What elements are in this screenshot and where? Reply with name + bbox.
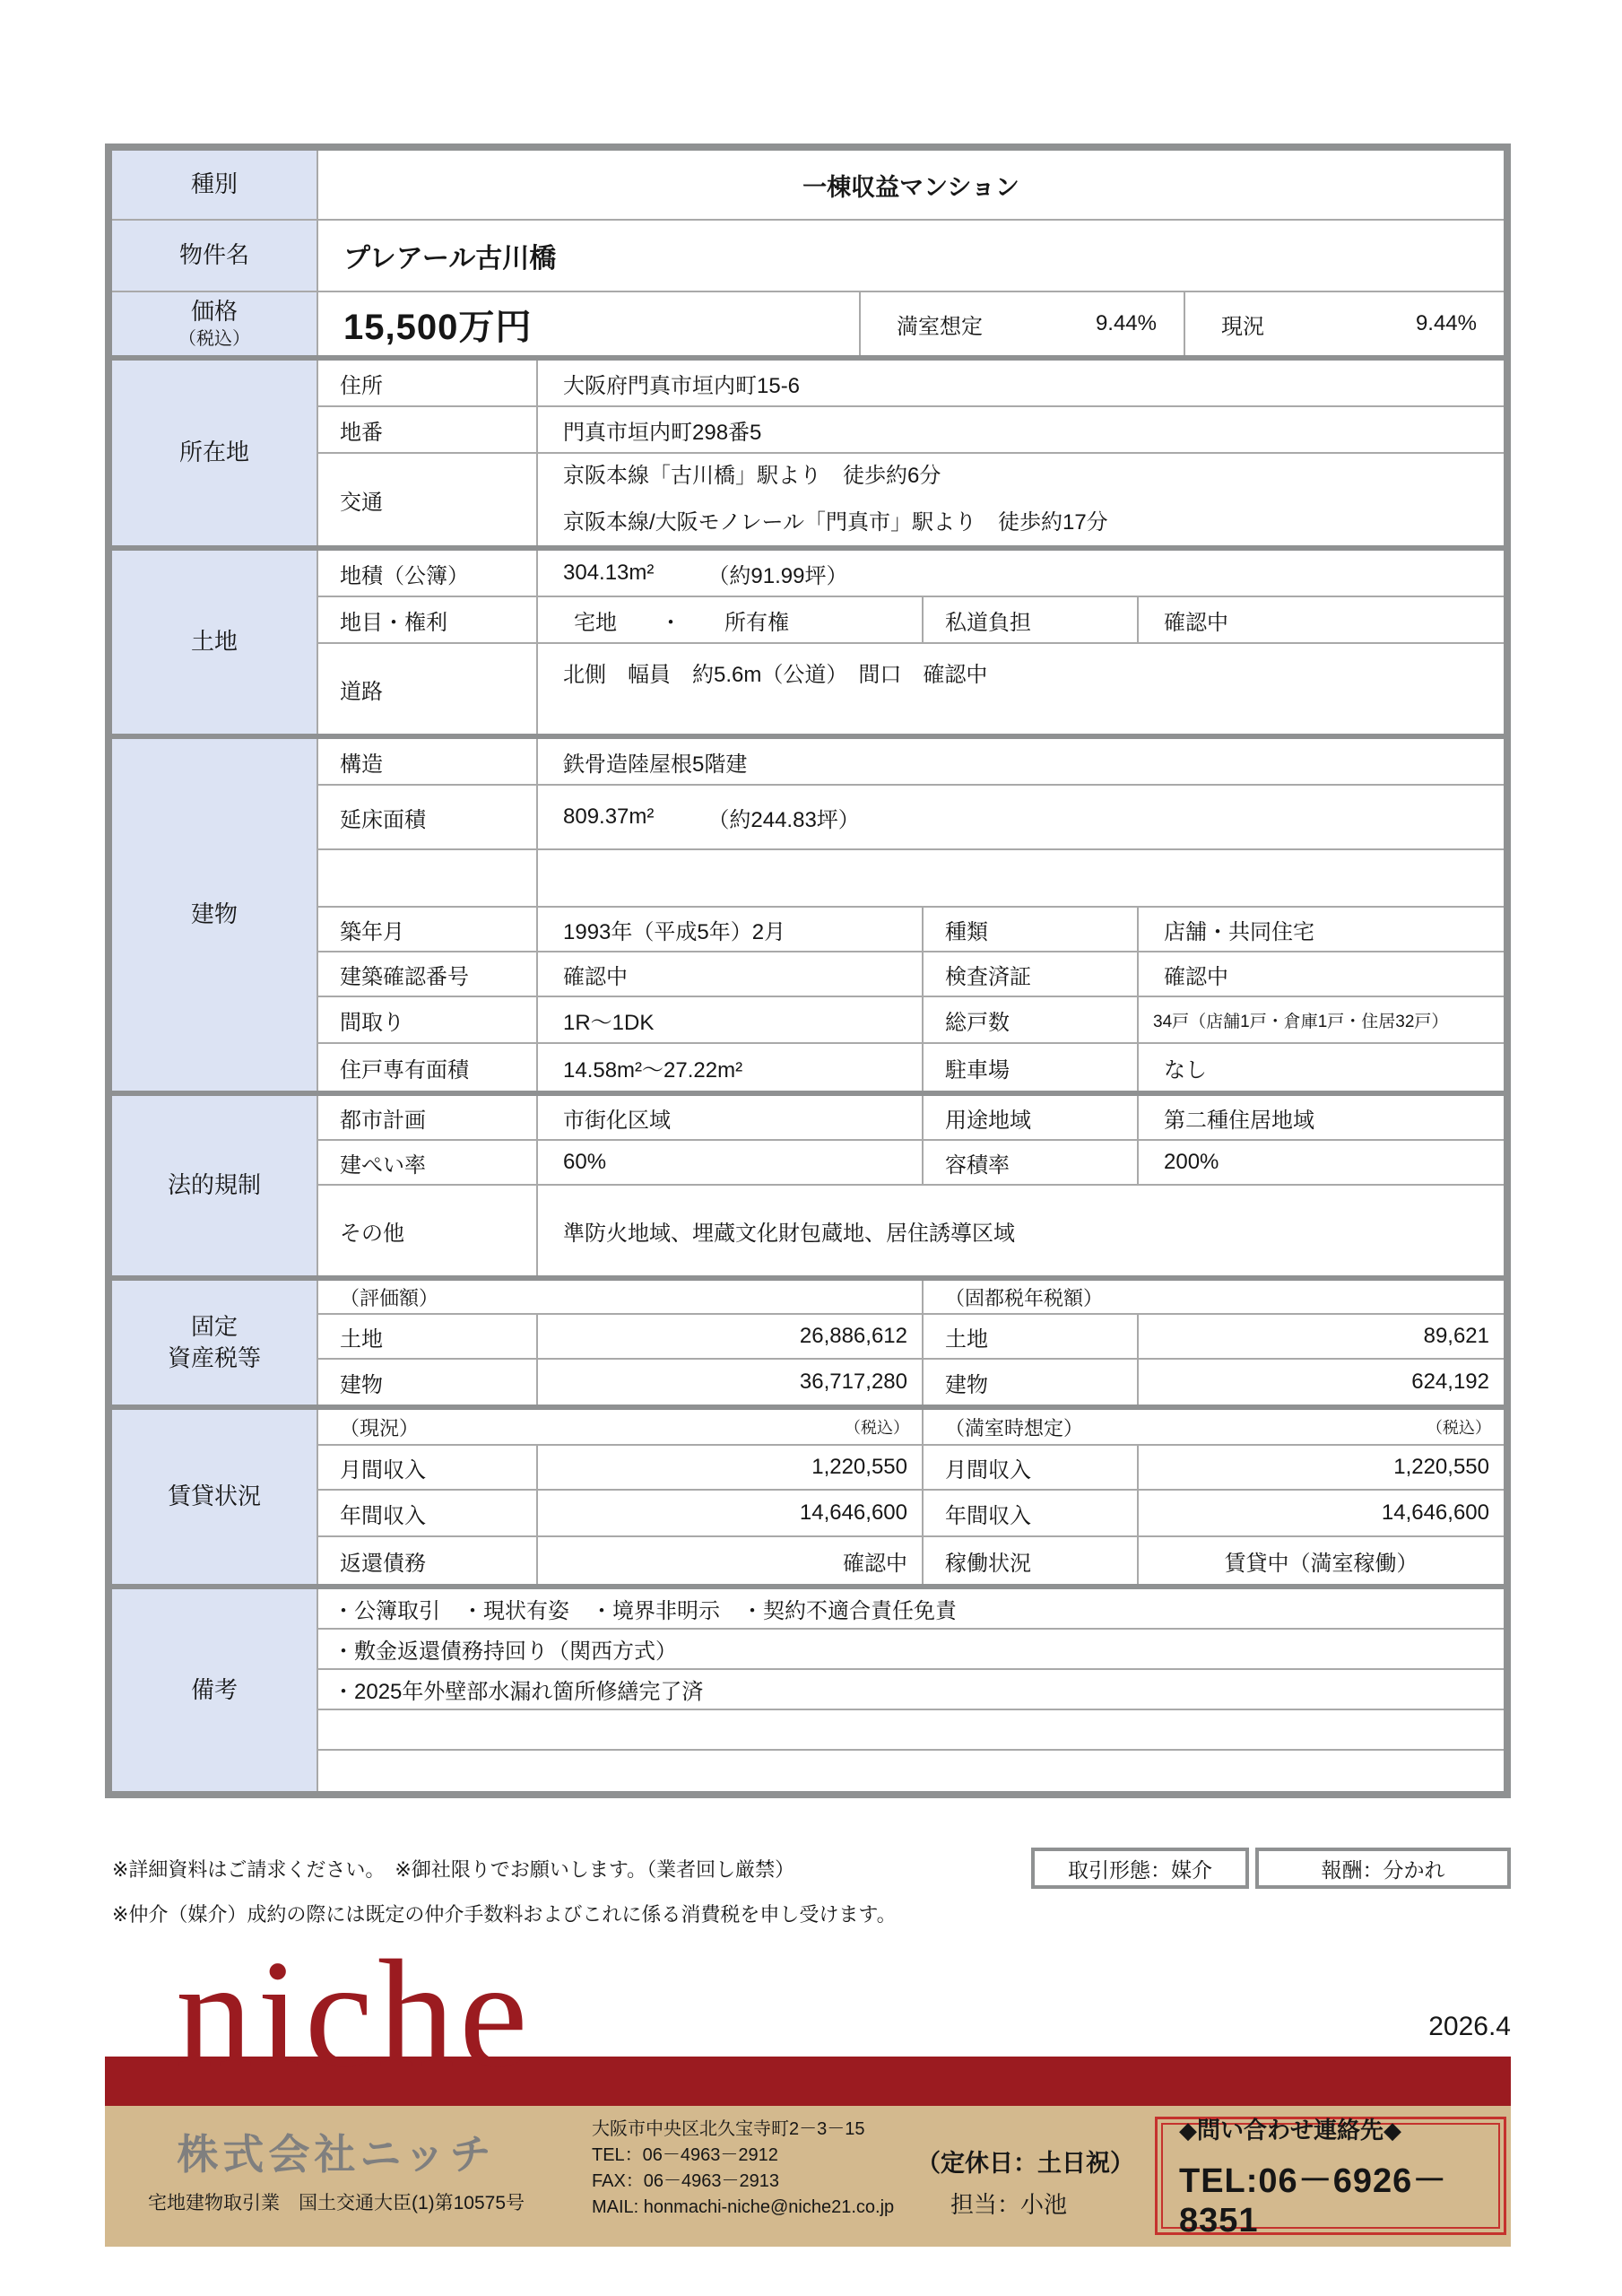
access-line1: 京阪本線「古川橋」駅より 徒歩約6分	[563, 454, 941, 500]
rent-current-header: （現況）	[340, 1413, 419, 1441]
units-label: 総戸数	[924, 997, 1139, 1042]
land-label: 土地	[112, 551, 318, 734]
yield-current-value: 9.44%	[1416, 311, 1477, 336]
unit-area-label: 住戸専有面積	[318, 1044, 538, 1091]
row-floor-area: 延床面積 809.37m² （約244.83坪）	[318, 786, 1504, 850]
section-location: 所在地 住所 大阪府門真市垣内町15-6 地番 門真市垣内町298番5 交通 京…	[112, 361, 1504, 551]
row-price: 価格 （税込） 15,500万円 満室想定 9.44% 現況 9.44%	[112, 292, 1504, 355]
remark-line-1: ・公簿取引 ・現状有姿 ・境界非明示 ・契約不適合責任免責	[318, 1589, 1504, 1628]
row-road: 道路 北側 幅員 約5.6m（公道） 間口 確認中	[318, 644, 1504, 734]
row-city-plan: 都市計画 市街化区域 用途地域 第二種住居地域	[318, 1096, 1504, 1141]
row-tax-header: （評価額） （固都税年税額）	[318, 1281, 1504, 1315]
lot-number-value: 門真市垣内町298番5	[538, 407, 1504, 452]
row-monthly-income: 月間収入 1,220,550 月間収入 1,220,550	[318, 1446, 1504, 1491]
type-value: 一棟収益マンション	[318, 151, 1504, 219]
tax-label: 固定 資産税等	[112, 1281, 318, 1405]
parking-label: 駐車場	[924, 1044, 1139, 1091]
price-label-line2: （税込）	[178, 327, 250, 351]
access-value: 京阪本線「古川橋」駅より 徒歩約6分 京阪本線/大阪モノレール「門真市」駅より …	[538, 454, 1504, 545]
floor-area-label: 延床面積	[318, 786, 538, 848]
tax-eval-header: （評価額）	[318, 1281, 924, 1313]
yearly-income-full: 14,646,600	[1139, 1491, 1504, 1535]
confirm-number-value: 確認中	[538, 952, 924, 996]
occupancy-label: 稼働状況	[924, 1537, 1139, 1584]
row-tax-building: 建物 36,717,280 建物 624,192	[318, 1360, 1504, 1405]
row-remark-5	[318, 1751, 1504, 1791]
row-layout: 間取り 1R～1DK 総戸数 34戸（店舗1戸・倉庫1戸・住居32戸）	[318, 997, 1504, 1044]
inquiry-box-inner: ◆問い合わせ連絡先◆ TEL:06－6926－8351	[1161, 2123, 1500, 2229]
inspection-value: 確認中	[1139, 952, 1504, 996]
property-flyer-page: 種別 一棟収益マンション 物件名 プレアール古川橋 価格 （税込） 15,500…	[0, 0, 1622, 2296]
building-kind-label: 種類	[924, 908, 1139, 951]
land-area-tsubo: （約91.99坪）	[707, 558, 847, 589]
company-contact-block: 大阪市中央区北久宝寺町2－3－15 TEL：06－4963－2912 FAX：0…	[592, 2117, 894, 2221]
units-value: 34戸（店舗1戸・倉庫1戸・住居32戸）	[1139, 997, 1504, 1042]
parking-value: なし	[1139, 1044, 1504, 1091]
price-label-line1: 価格	[191, 297, 238, 327]
address-label: 住所	[318, 361, 538, 405]
rent-current-tax-note: （税込）	[845, 1415, 909, 1439]
rent-full-header: （満室時想定）	[945, 1413, 1083, 1441]
land-area-label: 地積（公簿）	[318, 551, 538, 596]
lot-number-label: 地番	[318, 407, 538, 452]
inspection-label: 検査済証	[924, 952, 1139, 996]
legal-label: 法的規制	[112, 1096, 318, 1275]
inquiry-box: ◆問い合わせ連絡先◆ TEL:06－6926－8351	[1155, 2117, 1506, 2235]
row-remark-3: ・2025年外壁部水漏れ箇所修繕完了済	[318, 1670, 1504, 1710]
deal-type-box: 取引形態：媒介	[1031, 1848, 1249, 1889]
city-plan-label: 都市計画	[318, 1096, 538, 1139]
rent-full-tax-note: （税込）	[1427, 1415, 1491, 1439]
type-label: 種別	[112, 151, 318, 219]
land-category-value: 宅地 ・ 所有権	[538, 597, 924, 642]
row-building-blank	[318, 850, 1504, 908]
contact-person: 担当：小池	[950, 2187, 1067, 2220]
yield-full-cell: 満室想定 9.44%	[861, 292, 1185, 355]
structure-label: 構造	[318, 739, 538, 784]
city-plan-value: 市街化区域	[538, 1096, 924, 1139]
access-line2: 京阪本線/大阪モノレール「門真市」駅より 徒歩約17分	[563, 500, 1108, 545]
building-kind-value: 店舗・共同住宅	[1139, 908, 1504, 951]
private-road-label: 私道負担	[924, 597, 1139, 642]
row-tax-land: 土地 26,886,612 土地 89,621	[318, 1315, 1504, 1360]
row-coverage: 建ぺい率 60% 容積率 200%	[318, 1141, 1504, 1186]
debt-label: 返還債務	[318, 1537, 538, 1584]
row-type: 種別 一棟収益マンション	[112, 151, 1504, 221]
row-legal-other: その他 準防火地域、埋蔵文化財包蔵地、居住誘導区域	[318, 1186, 1504, 1275]
blank-value	[538, 850, 1504, 906]
company-address: 大阪市中央区北久宝寺町2－3－15	[592, 2117, 894, 2143]
tax-building-eval: 36,717,280	[538, 1360, 924, 1405]
row-remark-2: ・敷金返還債務持回り（関西方式）	[318, 1630, 1504, 1670]
section-tax: 固定 資産税等 （評価額） （固都税年税額） 土地 26,886,612 土地 …	[112, 1281, 1504, 1410]
yearly-income-current: 14,646,600	[538, 1491, 924, 1535]
row-structure: 構造 鉄骨造陸屋根5階建	[318, 739, 1504, 786]
far-label: 容積率	[924, 1141, 1139, 1184]
debt-value: 確認中	[538, 1537, 924, 1584]
remark-line-3: ・2025年外壁部水漏れ箇所修繕完了済	[318, 1670, 1504, 1709]
tax-building-annual-label: 建物	[924, 1360, 1139, 1405]
row-name: 物件名 プレアール古川橋	[112, 221, 1504, 292]
floor-area-tsubo: （約244.83坪）	[707, 802, 859, 833]
location-label: 所在地	[112, 361, 318, 545]
section-legal: 法的規制 都市計画 市街化区域 用途地域 第二種住居地域 建ぺい率 60% 容積…	[112, 1096, 1504, 1281]
remarks-label: 備考	[112, 1589, 318, 1791]
tax-land-annual: 89,621	[1139, 1315, 1504, 1358]
legal-other-value: 準防火地域、埋蔵文化財包蔵地、居住誘導区域	[538, 1186, 1504, 1275]
yearly-income-label: 年間収入	[318, 1491, 538, 1535]
occupancy-value: 賃貸中（満室稼働）	[1139, 1537, 1504, 1584]
section-building: 建物 構造 鉄骨造陸屋根5階建 延床面積 809.37m² （約244.83坪）	[112, 739, 1504, 1096]
inquiry-title: ◆問い合わせ連絡先◆	[1179, 2112, 1498, 2145]
land-category-label: 地目・権利	[318, 597, 538, 642]
price-value: 15,500万円	[318, 292, 861, 355]
footnote-request: ※詳細資料はご請求ください。 ※御社限りでお願いします。（業者回し厳禁）	[112, 1855, 794, 1883]
bcr-label: 建ぺい率	[318, 1141, 538, 1184]
floor-area-value-cell: 809.37m² （約244.83坪）	[538, 786, 1504, 848]
company-tel: TEL：06－4963－2912	[592, 2143, 894, 2169]
monthly-income-full: 1,220,550	[1139, 1446, 1504, 1489]
row-lot-number: 地番 門真市垣内町298番5	[318, 407, 1504, 454]
property-spec-table: 種別 一棟収益マンション 物件名 プレアール古川橋 価格 （税込） 15,500…	[105, 143, 1511, 1798]
far-value: 200%	[1139, 1141, 1504, 1184]
land-area-value-cell: 304.13m² （約91.99坪）	[538, 551, 1504, 596]
confirm-number-label: 建築確認番号	[318, 952, 538, 996]
row-unit-area: 住戸専有面積 14.58m²～27.22m² 駐車場 なし	[318, 1044, 1504, 1091]
tax-land-eval: 26,886,612	[538, 1315, 924, 1358]
row-confirm-number: 建築確認番号 確認中 検査済証 確認中	[318, 952, 1504, 997]
monthly-income-label: 月間収入	[318, 1446, 538, 1489]
row-remark-4	[318, 1710, 1504, 1751]
floor-area-value: 809.37m²	[563, 804, 654, 830]
yield-current-cell: 現況 9.44%	[1185, 292, 1504, 355]
issue-date: 2026.4	[1327, 2012, 1511, 2042]
tax-building-label: 建物	[318, 1360, 538, 1405]
unit-area-value: 14.58m²～27.22m²	[538, 1044, 924, 1091]
zoning-label: 用途地域	[924, 1096, 1139, 1139]
niche-logo: niche	[176, 1937, 532, 2092]
rent-label: 賃貸状況	[112, 1410, 318, 1584]
built-date-value: 1993年（平成5年）2月	[538, 908, 924, 951]
monthly-income-full-label: 月間収入	[924, 1446, 1139, 1489]
row-address: 住所 大阪府門真市垣内町15-6	[318, 361, 1504, 407]
company-mail: MAIL: honmachi-niche@niche21.co.jp	[592, 2195, 894, 2221]
section-land: 土地 地積（公簿） 304.13m² （約91.99坪） 地目・権利 宅地 ・ …	[112, 551, 1504, 739]
layout-value: 1R～1DK	[538, 997, 924, 1042]
land-area-value: 304.13m²	[563, 561, 654, 586]
price-label: 価格 （税込）	[112, 292, 318, 355]
structure-value: 鉄骨造陸屋根5階建	[538, 739, 1504, 784]
building-label: 建物	[112, 739, 318, 1091]
section-rent: 賃貸状況 （現況） （税込） （満室時想定） （税込） 月間収入 1,220,5…	[112, 1410, 1504, 1589]
row-land-area: 地積（公簿） 304.13m² （約91.99坪）	[318, 551, 1504, 597]
inquiry-tel: TEL:06－6926－8351	[1179, 2152, 1498, 2240]
yield-current-label: 現況	[1221, 309, 1264, 340]
row-remark-1: ・公簿取引 ・現状有姿 ・境界非明示 ・契約不適合責任免責	[318, 1589, 1504, 1630]
tax-annual-header: （固都税年税額）	[924, 1281, 1504, 1313]
tax-land-label: 土地	[318, 1315, 538, 1358]
row-yearly-income: 年間収入 14,646,600 年間収入 14,646,600	[318, 1491, 1504, 1537]
company-fax: FAX：06－4963－2913	[592, 2169, 894, 2195]
company-holiday: （定休日：土日祝）	[916, 2144, 1134, 2179]
company-name: 株式会社ニッチ	[126, 2122, 547, 2181]
legal-other-label: その他	[318, 1186, 538, 1275]
address-value: 大阪府門真市垣内町15-6	[538, 361, 1504, 405]
yield-full-value: 9.44%	[1096, 311, 1157, 336]
section-remarks: 備考 ・公簿取引 ・現状有姿 ・境界非明示 ・契約不適合責任免責 ・敷金返還債務…	[112, 1589, 1504, 1791]
section-overview: 種別 一棟収益マンション 物件名 プレアール古川橋 価格 （税込） 15,500…	[112, 151, 1504, 361]
yearly-income-full-label: 年間収入	[924, 1491, 1139, 1535]
rent-current-header-cell: （現況） （税込）	[318, 1410, 924, 1444]
property-name-label: 物件名	[112, 221, 318, 291]
road-value: 北側 幅員 約5.6m（公道） 間口 確認中	[538, 644, 1504, 734]
remark-line-4	[318, 1710, 1504, 1749]
rent-full-header-cell: （満室時想定） （税込）	[924, 1410, 1504, 1444]
bcr-value: 60%	[538, 1141, 924, 1184]
row-access: 交通 京阪本線「古川橋」駅より 徒歩約6分 京阪本線/大阪モノレール「門真市」駅…	[318, 454, 1504, 545]
company-license: 宅地建物取引業 国土交通大臣(1)第10575号	[108, 2188, 565, 2215]
row-rent-header: （現況） （税込） （満室時想定） （税込）	[318, 1410, 1504, 1446]
layout-label: 間取り	[318, 997, 538, 1042]
property-name-value: プレアール古川橋	[318, 221, 1504, 291]
yield-full-label: 満室想定	[897, 309, 983, 340]
tax-building-annual: 624,192	[1139, 1360, 1504, 1405]
blank-label	[318, 850, 538, 906]
access-label: 交通	[318, 454, 538, 545]
monthly-income-current: 1,220,550	[538, 1446, 924, 1489]
commission-box: 報酬：分かれ	[1255, 1848, 1511, 1889]
tax-land-annual-label: 土地	[924, 1315, 1139, 1358]
built-date-label: 築年月	[318, 908, 538, 951]
zoning-value: 第二種住居地域	[1139, 1096, 1504, 1139]
private-road-value: 確認中	[1139, 597, 1504, 642]
road-label: 道路	[318, 644, 538, 734]
row-debt: 返還債務 確認中 稼働状況 賃貸中（満室稼働）	[318, 1537, 1504, 1584]
row-built-date: 築年月 1993年（平成5年）2月 種類 店舗・共同住宅	[318, 908, 1504, 952]
row-land-category: 地目・権利 宅地 ・ 所有権 私道負担 確認中	[318, 597, 1504, 644]
remark-line-2: ・敷金返還債務持回り（関西方式）	[318, 1630, 1504, 1668]
footnote-commission: ※仲介（媒介）成約の際には既定の仲介手数料およびこれに係る消費税を申し受けます。	[112, 1900, 897, 1927]
remark-line-5	[318, 1751, 1504, 1791]
